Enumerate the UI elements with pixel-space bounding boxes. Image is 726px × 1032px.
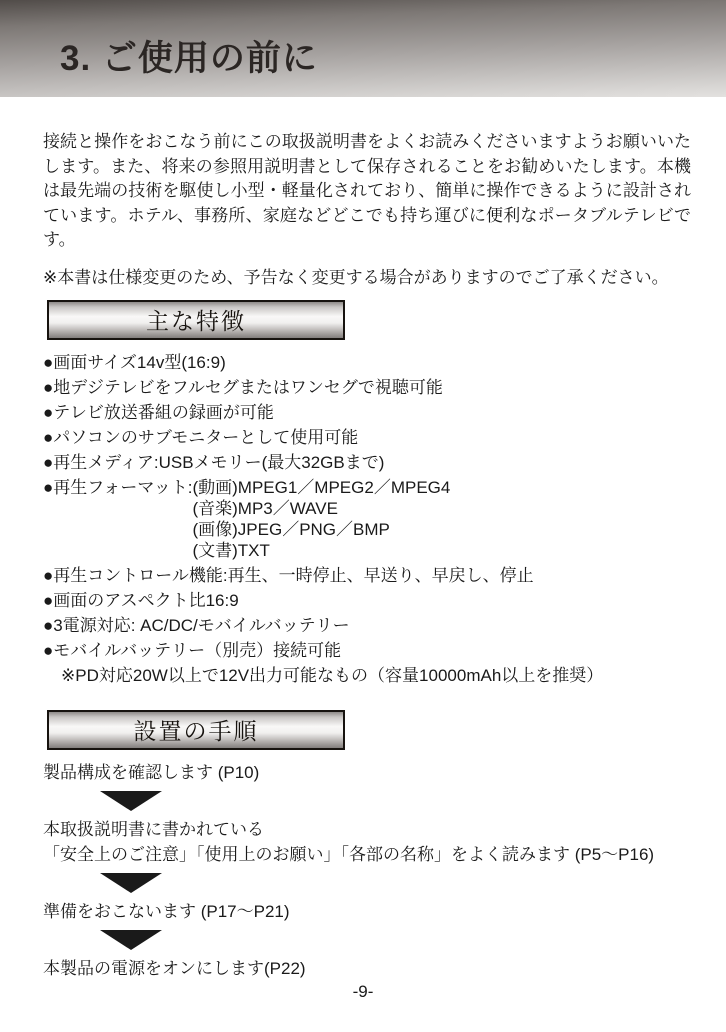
feature-item: ●モバイルバッテリー（別売）接続可能 xyxy=(43,640,691,661)
intro-paragraph: 接続と操作をおこなう前にこの取扱説明書をよくお読みくださいますようお願いいたしま… xyxy=(43,130,691,253)
feature-item: ●3電源対応: AC/DC/モバイルバッテリー xyxy=(43,615,691,636)
feature-item: ●再生メディア:USBメモリー(最大32GBまで) xyxy=(43,452,691,473)
down-arrow-icon xyxy=(100,930,162,950)
setup-steps: 製品構成を確認します (P10) 本取扱説明書に書かれている 「安全上のご注意」… xyxy=(43,760,691,981)
setup-step-2: 本取扱説明書に書かれている 「安全上のご注意」「使用上のお願い」「各部の名称」を… xyxy=(43,817,691,867)
feature-item: ●再生コントロール機能:再生、一時停止、早送り、早戻し、停止 xyxy=(43,565,691,586)
feature-item: ●画面サイズ14v型(16:9) xyxy=(43,352,691,373)
setup-step-3: 準備をおこないます (P17～P21) xyxy=(43,899,691,924)
feature-list: ●画面サイズ14v型(16:9) ●地デジテレビをフルセグまたはワンセグで視聴可… xyxy=(43,352,691,686)
chapter-header: 3. ご使用の前に xyxy=(0,0,726,97)
spec-change-note: ※本書は仕様変更のため、予告なく変更する場合がありますのでご了承ください。 xyxy=(43,266,691,290)
setup-step-2-line-1: 本取扱説明書に書かれている xyxy=(43,817,691,842)
feature-item: ●パソコンのサブモニターとして使用可能 xyxy=(43,427,691,448)
page-content: 接続と操作をおこなう前にこの取扱説明書をよくお読みくださいますようお願いいたしま… xyxy=(43,122,691,981)
feature-item: ●地デジテレビをフルセグまたはワンセグで視聴可能 xyxy=(43,377,691,398)
setup-step-1: 製品構成を確認します (P10) xyxy=(43,760,691,785)
page-footer: -9- xyxy=(0,982,726,1002)
playback-format-lines: (動画)MPEG1／MPEG2／MPEG4 (音楽)MP3／WAVE (画像)J… xyxy=(192,477,450,561)
chapter-title: 3. ご使用の前に xyxy=(60,17,318,81)
manual-page: 3. ご使用の前に 接続と操作をおこなう前にこの取扱説明書をよくお読みくださいま… xyxy=(0,0,726,1032)
feature-item: ●テレビ放送番組の録画が可能 xyxy=(43,402,691,423)
down-arrow-icon xyxy=(100,791,162,811)
setup-step-4: 本製品の電源をオンにします(P22) xyxy=(43,956,691,981)
features-heading-box: 主な特徴 xyxy=(47,300,345,340)
feature-item-playback-format: ●再生フォーマット: (動画)MPEG1／MPEG2／MPEG4 (音楽)MP3… xyxy=(43,477,691,561)
setup-step-2-line-2: 「安全上のご注意」「使用上のお願い」「各部の名称」をよく読みます (P5～P16… xyxy=(43,842,691,867)
down-arrow-icon xyxy=(100,873,162,893)
setup-heading-box: 設置の手順 xyxy=(47,710,345,750)
features-heading: 主な特徴 xyxy=(146,303,246,336)
playback-format-label: ●再生フォーマット: xyxy=(43,477,192,561)
battery-recommendation-note: ※PD対応20W以上で12V出力可能なもの（容量10000mAh以上を推奨） xyxy=(43,665,691,686)
feature-item: ●画面のアスペクト比16:9 xyxy=(43,590,691,611)
format-line: (音楽)MP3／WAVE xyxy=(192,498,450,519)
format-line: (動画)MPEG1／MPEG2／MPEG4 xyxy=(192,477,450,498)
setup-heading: 設置の手順 xyxy=(134,713,259,746)
format-line: (文書)TXT xyxy=(192,540,450,561)
page-number: -9- xyxy=(353,982,374,1001)
format-line: (画像)JPEG／PNG／BMP xyxy=(192,519,450,540)
